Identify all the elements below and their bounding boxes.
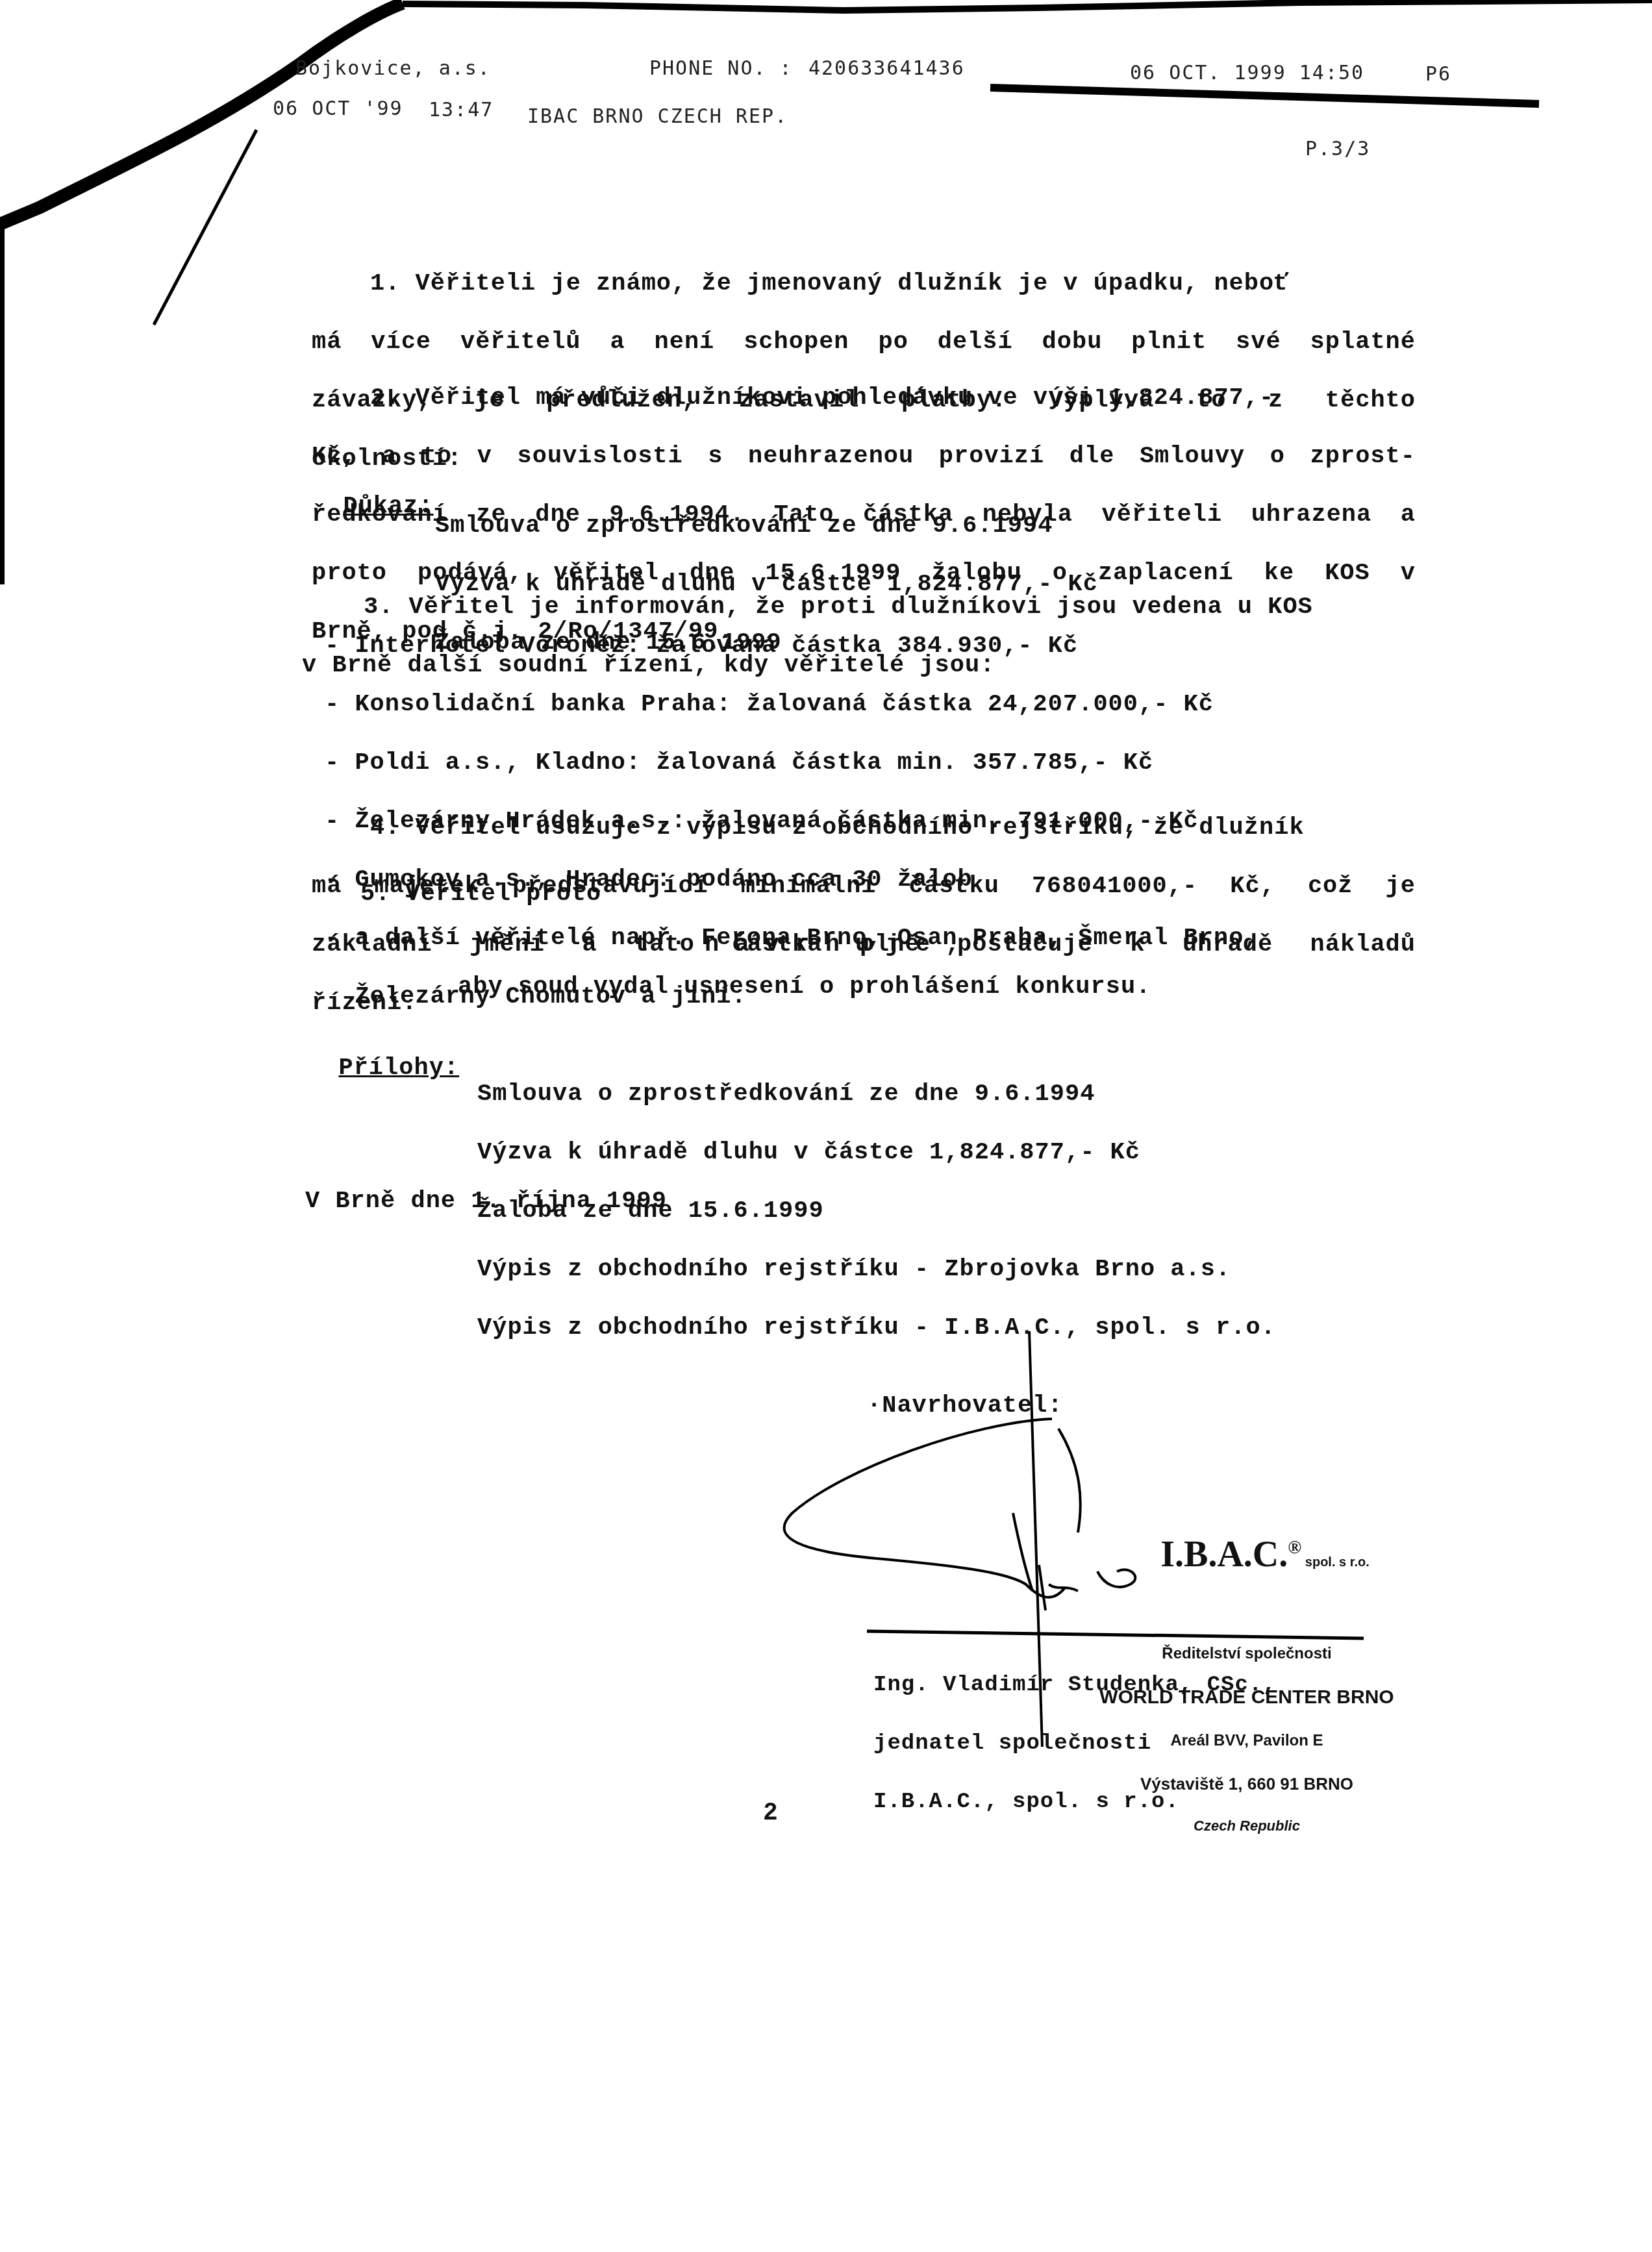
fax-phone-number: 420633641436 — [808, 57, 965, 80]
page-number: 2 — [763, 1804, 779, 1823]
request-text: aby soud vydal usnesení o prohlášení kon… — [458, 977, 1151, 997]
fax-underline-smudge — [990, 88, 1539, 104]
signature-label: ·Navrhovatel: — [867, 1396, 1063, 1416]
fax-sent-datetime: 06 OCT. 1999 14:50 — [1130, 62, 1364, 84]
creditor-item: - Konsolidační banka Praha: žalovaná čás… — [325, 695, 1259, 714]
paragraph-5: 5. Věřitel proto — [360, 884, 601, 904]
paragraph-2-line: 2. Věřitel má vůči dlužníkovi pohledávku… — [312, 388, 1416, 408]
signatory-line: I.B.A.C., spol. s r.o. — [873, 1792, 1277, 1812]
creditor-item: - Poldi a.s., Kladno: žalovaná částka mi… — [325, 753, 1259, 773]
place-date: V Brně dne 1. října 1999 — [305, 1192, 667, 1211]
fax-page-code: P6 — [1425, 63, 1451, 86]
paragraph-4-line: 4. Věřitel usuzuje z výpisu z obchodního… — [312, 818, 1416, 838]
evidence-label: Důkaz: — [313, 477, 434, 516]
attachment-item: Výpis z obchodního rejstříku - Zbrojovka… — [477, 1260, 1276, 1279]
attachments-label: Přílohy: — [308, 1039, 459, 1078]
fax-receiver: IBAC BRNO CZECH REP. — [527, 105, 788, 128]
evidence-item: Smlouva o zprostředkování ze dne 9.6.199… — [435, 516, 1098, 536]
signatory: Ing. Vladimír Studenka, CSc., jednatel s… — [873, 1636, 1277, 1831]
attachment-item: Smlouva o zprostředkování ze dne 9.6.199… — [477, 1084, 1276, 1104]
signatory-line: Ing. Vladimír Studenka, CSc., — [873, 1675, 1277, 1695]
creditor-item: - Interhotel Voroněž: žalovaná částka 38… — [325, 636, 1259, 656]
attachment-item: Výpis z obchodního rejstříku - I.B.A.C.,… — [477, 1318, 1276, 1338]
proposes-heading: n a v r h u j e , — [705, 935, 960, 955]
signature-stroke — [784, 1419, 1065, 1597]
stamp-company-line: I.B.A.C.® spol. s r.o. — [1078, 1490, 1416, 1621]
fax-phone-label: PHONE NO. : — [649, 57, 793, 80]
attachment-item: Výzva k úhradě dluhu v částce 1,824.877,… — [477, 1143, 1276, 1162]
fax-page-counter: P.3/3 — [1305, 138, 1370, 160]
signatory-line: jednatel společnosti — [873, 1734, 1277, 1753]
paragraph-1-line: 1. Věřiteli je známo, že jmenovaný dlužn… — [312, 274, 1416, 294]
stray-line — [154, 130, 257, 325]
paragraph-2-line: Kč, a to v souvislosti s neuhrazenou pro… — [312, 447, 1416, 466]
fax-sender: Bojkovice, a.s. — [295, 57, 491, 80]
fax-received-date: 06 OCT '99 — [273, 97, 403, 120]
fax-received-time: 13:47 — [429, 99, 494, 121]
